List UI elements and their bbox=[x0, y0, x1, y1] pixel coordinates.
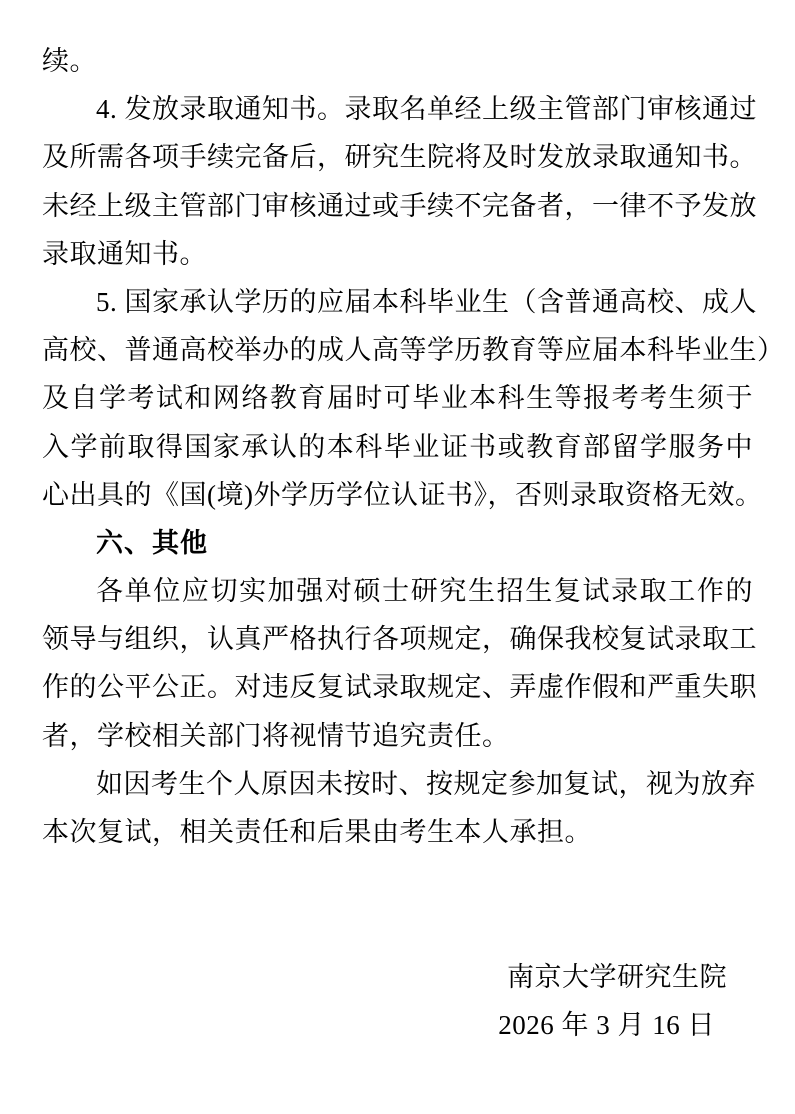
signature-organization: 南京大学研究生院 bbox=[42, 953, 753, 1001]
paragraph-4-line-2: 及所需各项手续完备后，研究生院将及时发放录取通知书。 bbox=[42, 133, 753, 181]
section-6-paragraph-2-line-2: 本次复试，相关责任和后果由考生本人承担。 bbox=[42, 808, 753, 856]
section-6-paragraph-1-line-4: 者，学校相关部门将视情节追究责任。 bbox=[42, 712, 753, 760]
document-content: 续。 4. 发放录取通知书。录取名单经上级主管部门审核通过 及所需各项手续完备后… bbox=[42, 37, 753, 1049]
section-6-paragraph-1-line-1: 各单位应切实加强对硕士研究生招生复试录取工作的 bbox=[42, 567, 753, 615]
paragraph-5-line-2: 高校、普通高校举办的成人高等学历教育等应届本科毕业生） bbox=[42, 326, 753, 374]
continuation-line: 续。 bbox=[42, 37, 753, 85]
paragraph-4-line-3: 未经上级主管部门审核通过或手续不完备者，一律不予发放 bbox=[42, 182, 753, 230]
section-heading-other: 六、其他 bbox=[42, 519, 753, 567]
blank-line bbox=[42, 856, 753, 904]
paragraph-4-line-4: 录取通知书。 bbox=[42, 230, 753, 278]
paragraph-4-line-1: 4. 发放录取通知书。录取名单经上级主管部门审核通过 bbox=[42, 85, 753, 133]
signature-date: 2026 年 3 月 16 日 bbox=[42, 1001, 753, 1049]
paragraph-5-line-1: 5. 国家承认学历的应届本科毕业生（含普通高校、成人 bbox=[42, 278, 753, 326]
blank-line bbox=[42, 904, 753, 952]
section-6-paragraph-1-line-3: 作的公平公正。对违反复试录取规定、弄虚作假和严重失职 bbox=[42, 663, 753, 711]
section-6-paragraph-2-line-1: 如因考生个人原因未按时、按规定参加复试，视为放弃 bbox=[42, 760, 753, 808]
paragraph-5-line-5: 心出具的《国(境)外学历学位认证书》，否则录取资格无效。 bbox=[42, 471, 753, 519]
section-6-paragraph-1-line-2: 领导与组织，认真严格执行各项规定，确保我校复试录取工 bbox=[42, 615, 753, 663]
paragraph-5-line-4: 入学前取得国家承认的本科毕业证书或教育部留学服务中 bbox=[42, 423, 753, 471]
document-page: 续。 4. 发放录取通知书。录取名单经上级主管部门审核通过 及所需各项手续完备后… bbox=[0, 0, 795, 1114]
paragraph-5-line-3: 及自学考试和网络教育届时可毕业本科生等报考考生须于 bbox=[42, 374, 753, 422]
